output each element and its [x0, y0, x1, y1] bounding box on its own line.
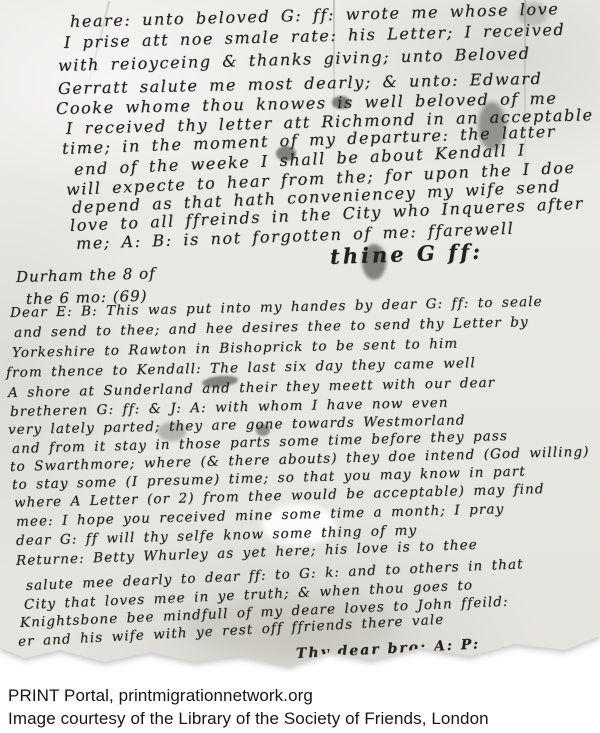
caption-line-2: Image courtesy of the Library of the Soc…	[8, 709, 489, 729]
caption-line-1: PRINT Portal, printmigrationnetwork.org	[8, 686, 313, 706]
signature: thine G ff:	[330, 239, 484, 269]
screenshot: heare: unto beloved G: ff: wrote me whos…	[0, 0, 600, 733]
caption-strip: PRINT Portal, printmigrationnetwork.org …	[0, 672, 600, 733]
manuscript-scan: heare: unto beloved G: ff: wrote me whos…	[0, 0, 600, 672]
manuscript-paper: heare: unto beloved G: ff: wrote me whos…	[0, 0, 600, 672]
dateline: Durham the 8 of	[16, 264, 156, 286]
